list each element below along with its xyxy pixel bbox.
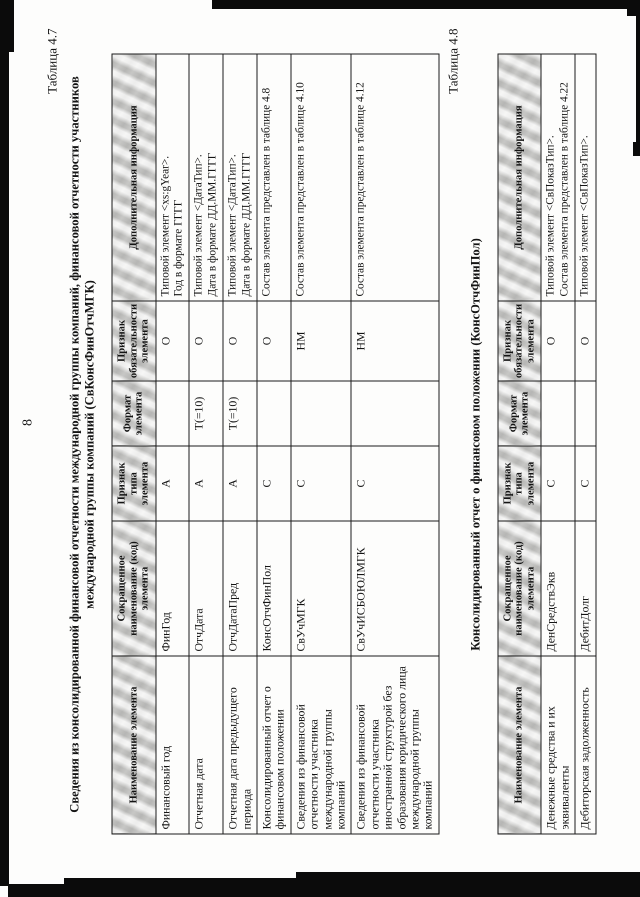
table-cell: С (541, 446, 575, 521)
table-cell: Сведения из финансовой отчетности участн… (290, 656, 351, 834)
column-header: Признак типа элемента (112, 446, 156, 521)
page-number: 8 (20, 54, 38, 834)
scan-edge-left-corner (0, 0, 14, 52)
table-cell: Типовой элемент <xs:gYear>. Год в формат… (155, 54, 189, 301)
table-cell: Денежные средства и их эквиваленты (541, 656, 575, 834)
column-header: Формат элемента (497, 381, 541, 446)
table-cell: КонсОтчФинПол (256, 521, 290, 656)
table-cell: ФинГод (155, 521, 189, 656)
table-cell: ОтчДатаПред (223, 521, 257, 656)
table-cell: С (290, 446, 351, 521)
table-cell: О (541, 301, 575, 381)
table-cell: ОтчДата (189, 521, 223, 656)
table-cell: Т(=10) (223, 381, 257, 446)
scan-edge-top (212, 0, 640, 9)
table-row: Дебиторская задолженностьДебитДолгСОТипо… (575, 54, 595, 834)
table-cell: Консолидированный отчет о финансовом пол… (256, 656, 290, 834)
scan-edge-bottom-mid (64, 878, 304, 897)
table-cell: Типовой элемент <СвПоказТип>. (575, 54, 595, 301)
table-cell: О (575, 301, 595, 381)
table-cell: Типовой элемент <ДатаТип>. Дата в формат… (189, 54, 223, 301)
table-cell (575, 381, 595, 446)
table-caption-4-8: Таблица 4.8 (445, 28, 462, 808)
table-cell (290, 381, 351, 446)
table-cell: О (189, 301, 223, 381)
table-cell: Отчетная дата (189, 656, 223, 834)
table-cell: Состав элемента представлен в таблице 4.… (256, 54, 290, 301)
table-cell: С (351, 446, 438, 521)
table-cell: Типовой элемент <ДатаТип>. Дата в формат… (223, 54, 257, 301)
scanned-document-page: 8 Таблица 4.7 Сведения из консолидирован… (0, 0, 640, 897)
table-cell: А (189, 446, 223, 521)
column-header: Дополнительная информация (112, 54, 156, 301)
table-row: Финансовый годФинГодАОТиповой элемент <x… (155, 54, 189, 834)
table-cell: ДенСредствЭкв (541, 521, 575, 656)
column-header: Наименование элемента (497, 656, 541, 834)
table-cell: Т(=10) (189, 381, 223, 446)
column-header: Сокращенное наименование (код) элемента (112, 521, 156, 656)
table-cell: Состав элемента представлен в таблице 4.… (351, 54, 438, 301)
column-header: Сокращенное наименование (код) элемента (497, 521, 541, 656)
table-row: Отчетная датаОтчДатаАТ(=10)ОТиповой элем… (189, 54, 223, 834)
table-cell: Финансовый год (155, 656, 189, 834)
table-row: Сведения из финансовой отчетности участн… (351, 54, 438, 834)
table-caption-4-7: Таблица 4.7 (44, 28, 61, 808)
table-cell (155, 381, 189, 446)
table-header-row: Наименование элементаСокращенное наимено… (497, 54, 541, 834)
table-cell (351, 381, 438, 446)
rotated-page-content: 8 Таблица 4.7 Сведения из консолидирован… (0, 0, 640, 897)
table-cell: Отчетная дата предыдущего периода (223, 656, 257, 834)
table-title-4-8: Консолидированный отчет о финансовом пол… (468, 54, 483, 834)
column-header: Дополнительная информация (497, 54, 541, 301)
table-header-row: Наименование элементаСокращенное наимено… (112, 54, 156, 834)
page-body: 8 Таблица 4.7 Сведения из консолидирован… (0, 54, 596, 834)
table-cell: Состав элемента представлен в таблице 4.… (290, 54, 351, 301)
table-cell (541, 381, 575, 446)
table-cell (256, 381, 290, 446)
column-header: Признак типа элемента (497, 446, 541, 521)
table-cell: О (223, 301, 257, 381)
table-title-4-7: Сведения из консолидированной финансовой… (67, 54, 97, 834)
scan-edge-bottom-thick (296, 872, 640, 897)
table-row: Сведения из финансовой отчетности участн… (290, 54, 351, 834)
column-header: Признак обязательности элемента (497, 301, 541, 381)
table-cell: О (256, 301, 290, 381)
table-row: Отчетная дата предыдущего периодаОтчДата… (223, 54, 257, 834)
table-cell: Сведения из финансовой отчетности участн… (351, 656, 438, 834)
scan-edge-right (636, 0, 640, 150)
scan-edge-right-tick (633, 142, 640, 156)
column-header: Признак обязательности элемента (112, 301, 156, 381)
table-cell: А (223, 446, 257, 521)
table-4-7: Наименование элементаСокращенное наимено… (111, 53, 439, 834)
column-header: Наименование элемента (112, 656, 156, 834)
table-cell: О (155, 301, 189, 381)
table-cell: А (155, 446, 189, 521)
table-cell: Типовой элемент <СвПоказТип>. Состав эле… (541, 54, 575, 301)
table-cell: С (256, 446, 290, 521)
table-cell: С (575, 446, 595, 521)
table-cell: Дебиторская задолженность (575, 656, 595, 834)
table-cell: ДебитДолг (575, 521, 595, 656)
scan-edge-left (0, 0, 9, 886)
table-cell: СвУчИСБОЮЛМГК (351, 521, 438, 656)
table-row: Денежные средства и их эквивалентыДенСре… (541, 54, 575, 834)
table-cell: СвУчМГК (290, 521, 351, 656)
column-header: Формат элемента (112, 381, 156, 446)
table-cell: НМ (290, 301, 351, 381)
scan-edge-right-corner (627, 0, 640, 16)
table-row: Консолидированный отчет о финансовом пол… (256, 54, 290, 834)
table-4-8: Наименование элементаСокращенное наимено… (497, 53, 596, 834)
table-cell: НМ (351, 301, 438, 381)
